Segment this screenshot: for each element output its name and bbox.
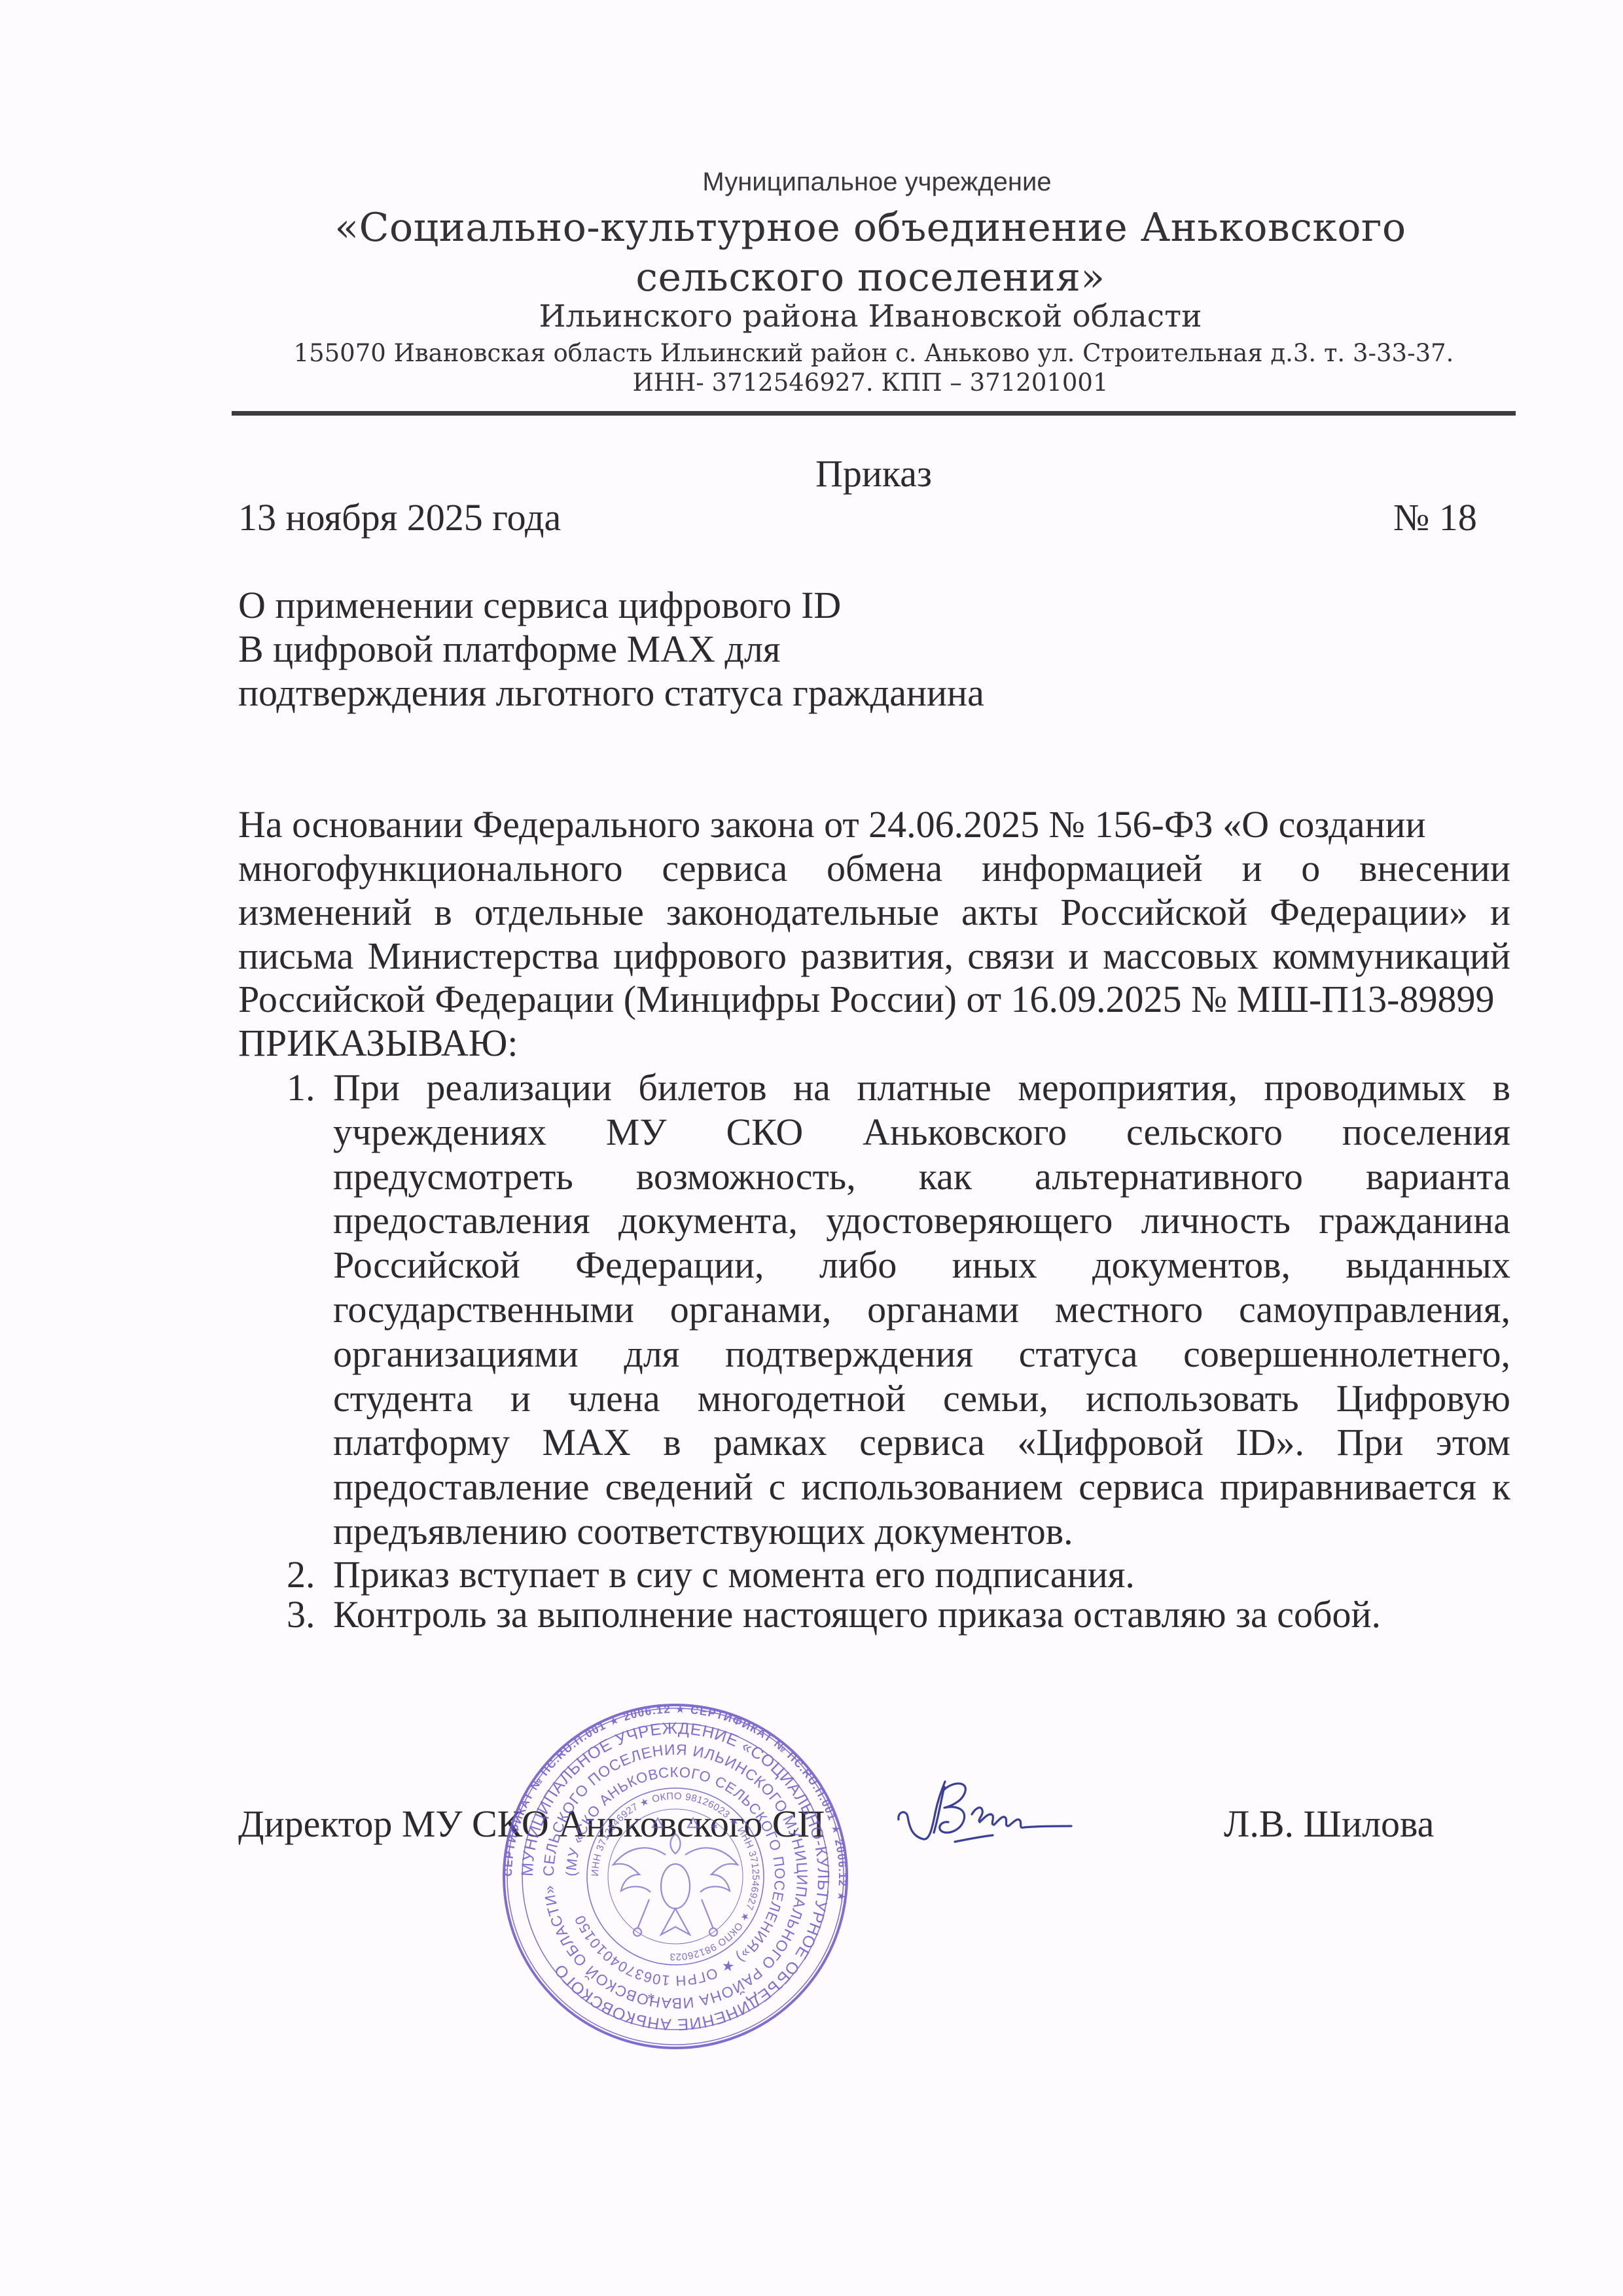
letterhead-title-line2: сельского поселения» [0,258,1623,297]
official-seal-stamp: СЕРТИФИКАТ № ПС.RU.П.001 ★ 2006.12 ★ СЕР… [502,1703,849,2050]
item-line: учреждениях МУ СКО Аньковского сельского… [333,1113,1510,1151]
preamble-line: многофункционального сервиса обмена инфо… [238,850,1510,888]
letterhead-title-line1: «Социально-культурное объединение Аньков… [0,208,1623,247]
item-line: При реализации билетов на платные меропр… [333,1069,1510,1107]
item-line: предусмотреть возможность, как альтернат… [333,1158,1510,1196]
subject-line: О применении сервиса цифрового ID [238,586,841,624]
item-number: 2. [287,1556,315,1594]
eagle-emblem-icon [613,1818,738,1936]
handwritten-signature [893,1774,1109,1856]
item-line: Контроль за выполнение настоящего приказ… [333,1596,1381,1634]
signatory-name: Л.В. Шилова [1224,1805,1434,1843]
preamble-line: письма Министерства цифрового развития, … [238,937,1510,975]
item-line: государственными органами, органами мест… [333,1291,1510,1329]
item-line: предъявлению соответствующих документов. [333,1513,1073,1551]
item-number: 3. [287,1596,315,1634]
item-line: Российской Федерации, либо иных документ… [333,1246,1510,1284]
preamble-line: Российской Федерации (Минцифры России) о… [238,980,1495,1018]
star-icon: * [710,1821,718,1838]
order-date: 13 ноября 2025 года [238,499,561,537]
letterhead-kind: Муниципальное учреждение [0,169,1623,195]
letterhead-address: 155070 Ивановская область Ильинский райо… [0,341,1623,365]
subject-line: подтверждения льготного статуса граждани… [238,674,984,712]
preamble-line: изменений в отдельные законодательные ак… [238,893,1510,931]
svg-text:СЕЛЬСКОГО ПОСЕЛЕНИЯ ИЛЬИНСКОГО: СЕЛЬСКОГО ПОСЕЛЕНИЯ ИЛЬИНСКОГО МУНИЦИПАЛ… [540,1741,811,2012]
item-line: организациями для подтверждения статуса … [333,1335,1510,1373]
orders-keyword: ПРИКАЗЫВАЮ: [238,1024,518,1062]
letterhead-divider [232,411,1516,416]
item-number: 1. [287,1069,315,1107]
order-number: № 18 [1393,499,1477,537]
doc-type-title: Приказ [815,455,932,493]
letterhead-district: Ильинского района Ивановской области [0,301,1623,332]
stamp-ring3-text: СЕЛЬСКОГО ПОСЕЛЕНИЯ ИЛЬИНСКОГО МУНИЦИПАЛ… [540,1741,811,2012]
preamble-line: На основании Федерального закона от 24.0… [238,806,1426,844]
subject-line: В цифровой платформе MAX для [238,630,781,668]
svg-text:ИНН 3712546927 ★ ОКПО 98126023: ИНН 3712546927 ★ ОКПО 98126023 ★ ИНН 371… [590,1791,761,1962]
letterhead-tax-ids: ИНН- 3712546927. КПП – 371201001 [0,370,1623,395]
item-line: предоставление сведений с использованием… [333,1468,1510,1506]
star-icon: * [647,1991,655,2008]
item-line: предоставления документа, удостоверяющег… [333,1202,1510,1240]
stamp-inner-ring-text: ИНН 3712546927 ★ ОКПО 98126023 ★ ИНН 371… [590,1791,761,1962]
item-line: платформу MAX в рамках сервиса «Цифровой… [333,1424,1510,1462]
item-line: Приказ вступает в сиу с момента его подп… [333,1556,1135,1594]
item-line: студента и члена многодетной семьи, испо… [333,1380,1510,1418]
